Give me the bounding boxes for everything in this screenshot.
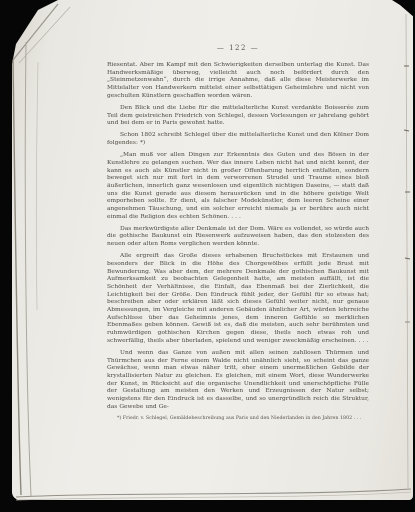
paragraph: Den Blick und die Liebe für die mittelal… [107,105,369,128]
paragraph: Schon 1802 schreibt Schlegel über die mi… [107,132,369,147]
paragraph: Alle ergreift das Große dieses erhabenen… [107,253,369,345]
paragraph: Das merkwürdigste aller Denkmale ist der… [107,226,369,249]
paragraph: Riesentat. Aber im Kampf mit den Schwier… [107,62,369,100]
scanned-book-photo: — 122 — Riesentat. Aber im Kampf mit den… [0,0,415,512]
paragraph: Und wenn das Ganze von außen mit allen s… [107,350,369,411]
text-block: — 122 — Riesentat. Aber im Kampf mit den… [107,44,369,422]
book-page: — 122 — Riesentat. Aber im Kampf mit den… [12,0,413,500]
paragraph: „Man muß vor allen Dingen zur Erkenntnis… [107,152,369,221]
page-number: — 122 — [107,44,369,52]
footnote: *) Friedr. v. Schlegel, Gemäldebeschreib… [107,416,369,422]
